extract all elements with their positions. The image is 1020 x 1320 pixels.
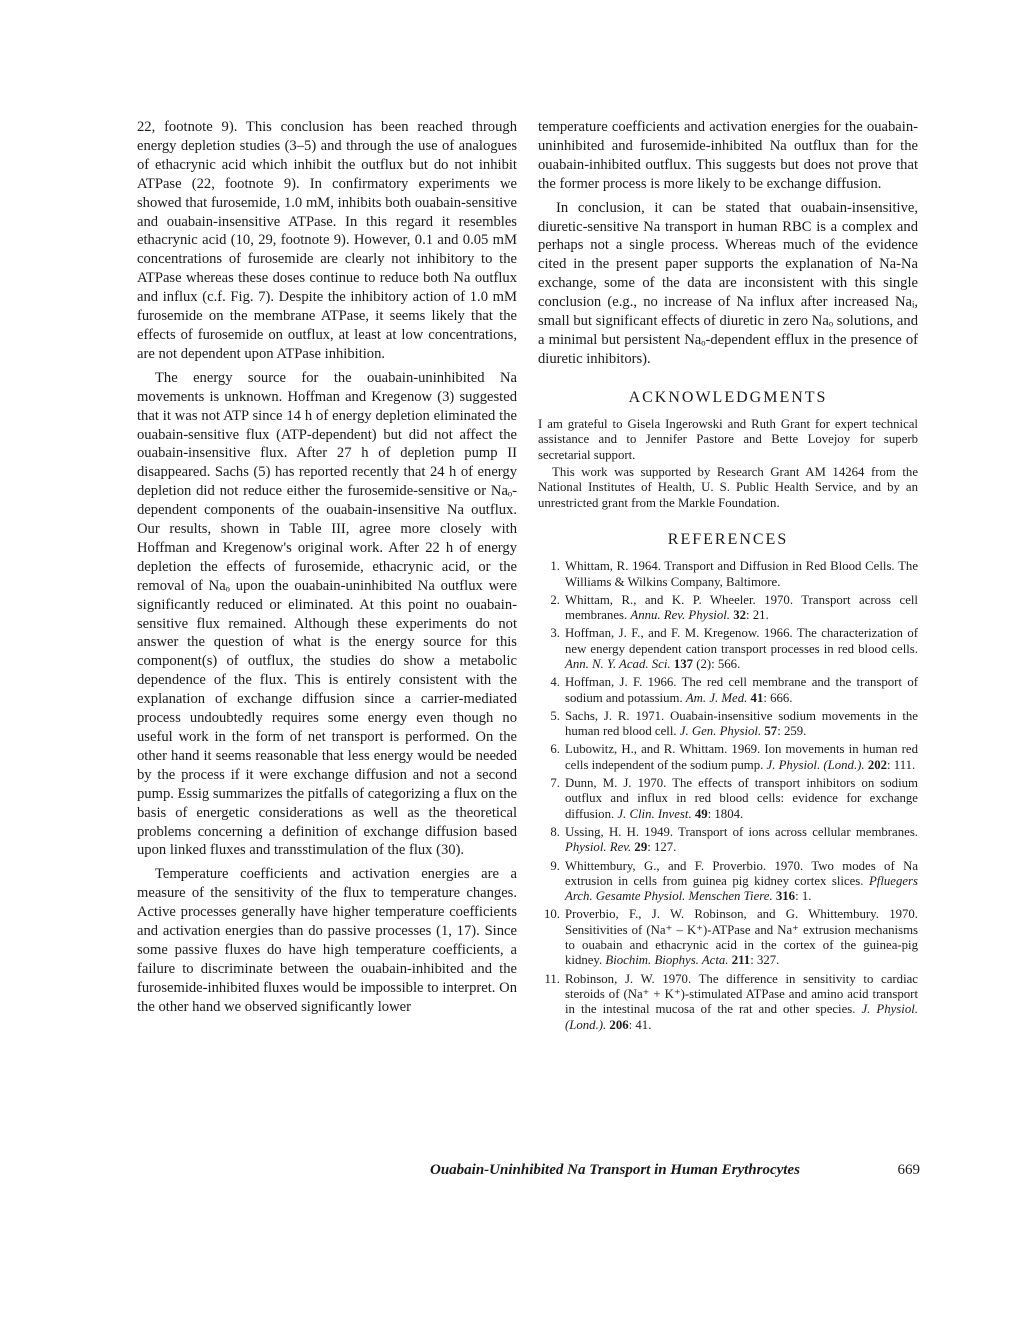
reference-journal: Biochim. Biophys. Acta.: [605, 953, 728, 967]
reference-number: 8.: [538, 825, 565, 856]
body-paragraph: In conclusion, it can be stated that oua…: [538, 199, 918, 369]
body-paragraph: The energy source for the ouabain-uninhi…: [137, 369, 517, 861]
reference-item: 6.Lubowitz, H., and R. Whittam. 1969. Io…: [538, 742, 918, 773]
page-number: 669: [898, 1162, 921, 1179]
reference-journal: J. Clin. Invest.: [617, 807, 691, 821]
reference-volume: 211: [729, 953, 751, 967]
reference-number: 10.: [538, 907, 565, 968]
reference-item: 3.Hoffman, J. F., and F. M. Kregenow. 19…: [538, 626, 918, 672]
left-column: 22, footnote 9). This conclusion has bee…: [137, 118, 517, 1017]
reference-number: 2.: [538, 593, 565, 624]
body-paragraph: Temperature coefficients and activation …: [137, 865, 517, 1016]
reference-number: 11.: [538, 972, 565, 1033]
reference-journal: Ann. N. Y. Acad. Sci.: [565, 657, 671, 671]
reference-text: Ussing, H. H. 1949. Transport of ions ac…: [565, 825, 918, 839]
references-list: 1.Whittam, R. 1964. Transport and Diffus…: [538, 559, 918, 1033]
running-title: Ouabain-Uninhibited Na Transport in Huma…: [430, 1162, 800, 1178]
reference-pages: (2): 566.: [693, 657, 740, 671]
acknowledgments-heading: ACKNOWLEDGMENTS: [538, 389, 918, 407]
reference-journal: Am. J. Med.: [686, 691, 747, 705]
reference-item: 4.Hoffman, J. F. 1966. The red cell memb…: [538, 675, 918, 706]
reference-volume: 202: [865, 758, 887, 772]
reference-item: 2.Whittam, R., and K. P. Wheeler. 1970. …: [538, 593, 918, 624]
reference-item: 5.Sachs, J. R. 1971. Ouabain-insensitive…: [538, 709, 918, 740]
reference-text: Hoffman, J. F., and F. M. Kregenow. 1966…: [565, 626, 918, 655]
reference-number: 7.: [538, 776, 565, 822]
reference-item: 11.Robinson, J. W. 1970. The difference …: [538, 972, 918, 1033]
reference-pages: : 127.: [647, 840, 676, 854]
reference-item: 8.Ussing, H. H. 1949. Transport of ions …: [538, 825, 918, 856]
reference-journal: J. Gen. Physiol.: [680, 724, 761, 738]
reference-pages: : 327.: [750, 953, 779, 967]
reference-pages: : 111.: [887, 758, 915, 772]
references-heading: REFERENCES: [538, 531, 918, 549]
reference-volume: 206: [606, 1018, 628, 1032]
reference-item: 7.Dunn, M. J. 1970. The effects of trans…: [538, 776, 918, 822]
reference-number: 4.: [538, 675, 565, 706]
references-section: REFERENCES 1.Whittam, R. 1964. Transport…: [538, 531, 918, 1033]
reference-pages: : 21.: [746, 608, 769, 622]
reference-item: 1.Whittam, R. 1964. Transport and Diffus…: [538, 559, 918, 590]
reference-pages: : 259.: [777, 724, 806, 738]
reference-item: 10.Proverbio, F., J. W. Robinson, and G.…: [538, 907, 918, 968]
reference-number: 5.: [538, 709, 565, 740]
acknowledgments-section: ACKNOWLEDGMENTS I am grateful to Gisela …: [538, 389, 918, 511]
reference-item: 9.Whittembury, G., and F. Proverbio. 197…: [538, 859, 918, 905]
reference-volume: 29: [631, 840, 647, 854]
reference-volume: 32: [730, 608, 746, 622]
reference-volume: 316: [773, 889, 795, 903]
reference-volume: 49: [692, 807, 708, 821]
reference-number: 6.: [538, 742, 565, 773]
page-footer: Ouabain-Uninhibited Na Transport in Huma…: [430, 1162, 920, 1179]
reference-volume: 57: [761, 724, 777, 738]
reference-pages: : 666.: [763, 691, 792, 705]
acknowledgments-paragraph: This work was supported by Research Gran…: [538, 465, 918, 511]
reference-text: Whittembury, G., and F. Proverbio. 1970.…: [565, 859, 918, 888]
reference-number: 3.: [538, 626, 565, 672]
reference-number: 9.: [538, 859, 565, 905]
body-paragraph: 22, footnote 9). This conclusion has bee…: [137, 118, 517, 364]
reference-text: Whittam, R. 1964. Transport and Diffusio…: [565, 559, 918, 588]
reference-journal: Physiol. Rev.: [565, 840, 631, 854]
reference-journal: J. Physiol. (Lond.).: [767, 758, 865, 772]
body-paragraph: temperature coefficients and activation …: [538, 118, 918, 194]
reference-pages: : 1.: [795, 889, 811, 903]
acknowledgments-paragraph: I am grateful to Gisela Ingerowski and R…: [538, 417, 918, 463]
reference-pages: : 41.: [629, 1018, 652, 1032]
reference-journal: Annu. Rev. Physiol.: [630, 608, 730, 622]
reference-number: 1.: [538, 559, 565, 590]
reference-volume: 41: [747, 691, 763, 705]
right-column: temperature coefficients and activation …: [538, 118, 918, 1036]
reference-pages: : 1804.: [708, 807, 744, 821]
reference-volume: 137: [671, 657, 693, 671]
